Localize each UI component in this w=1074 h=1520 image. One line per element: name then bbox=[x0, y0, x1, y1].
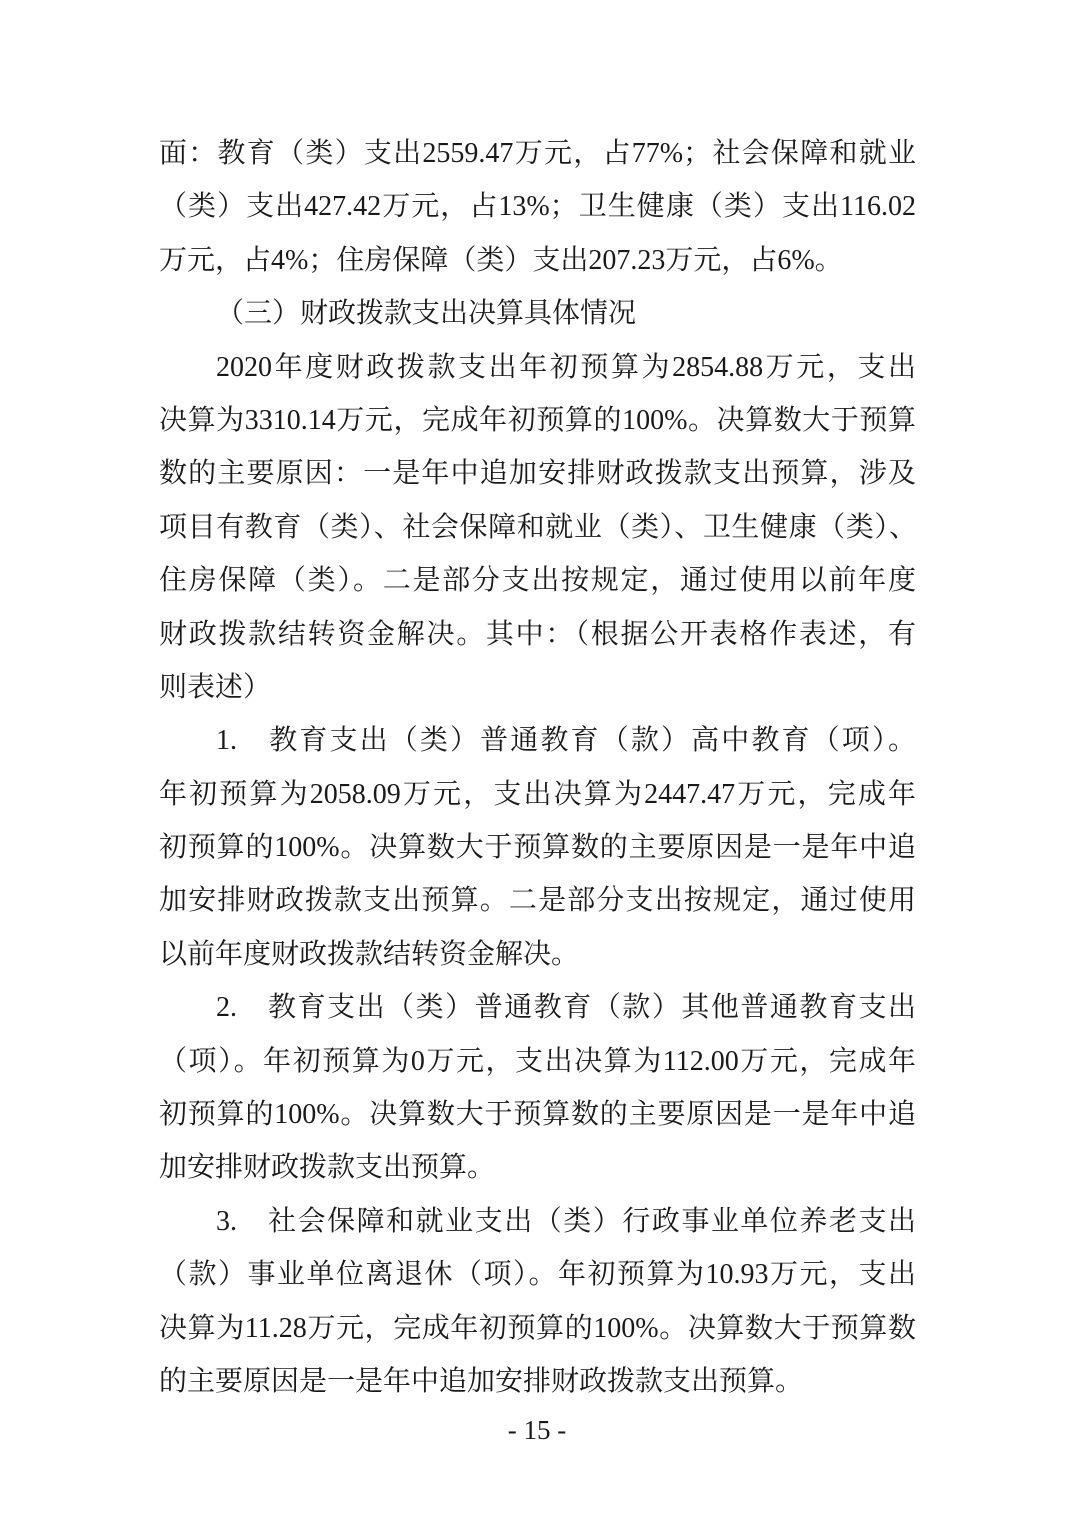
text-line: 2020年度财政拨款支出年初预算为2854.88万元，支出 bbox=[159, 341, 916, 394]
paragraph-item-3: 3. 社会保障和就业支出（类）行政事业单位养老支出 （款）事业单位离退休（项）。… bbox=[159, 1195, 916, 1409]
page-number: - 15 - bbox=[0, 1408, 1074, 1452]
document-body: 面：教育（类）支出2559.47万元，占77%；社会保障和就业 （类）支出427… bbox=[159, 127, 916, 1408]
text-line: 加安排财政拨款支出预算。二是部分支出按规定，通过使用 bbox=[159, 874, 916, 927]
text-line: 则表述） bbox=[159, 661, 916, 714]
text-line: 面：教育（类）支出2559.47万元，占77%；社会保障和就业 bbox=[159, 127, 916, 180]
text-line: 项目有教育（类）、社会保障和就业（类）、卫生健康（类）、 bbox=[159, 501, 916, 554]
paragraph-summary: 2020年度财政拨款支出年初预算为2854.88万元，支出 决算为3310.14… bbox=[159, 341, 916, 715]
text-line: 2. 教育支出（类）普通教育（款）其他普通教育支出 bbox=[159, 981, 916, 1034]
text-line: 数的主要原因：一是年中追加安排财政拨款支出预算，涉及 bbox=[159, 447, 916, 500]
text-line: 万元，占4%；住房保障（类）支出207.23万元，占6%。 bbox=[159, 234, 916, 287]
paragraph-item-2: 2. 教育支出（类）普通教育（款）其他普通教育支出 （项）。年初预算为0万元，支… bbox=[159, 981, 916, 1195]
text-line: 初预算的100%。决算数大于预算数的主要原因是一是年中追 bbox=[159, 1088, 916, 1141]
paragraph-item-1: 1. 教育支出（类）普通教育（款）高中教育（项）。 年初预算为2058.09万元… bbox=[159, 714, 916, 981]
text-line: （款）事业单位离退休（项）。年初预算为10.93万元，支出 bbox=[159, 1248, 916, 1301]
text-line: （项）。年初预算为0万元，支出决算为112.00万元，完成年 bbox=[159, 1035, 916, 1088]
text-line: 决算为3310.14万元，完成年初预算的100%。决算数大于预算 bbox=[159, 394, 916, 447]
text-line: 住房保障（类）。二是部分支出按规定，通过使用以前年度 bbox=[159, 554, 916, 607]
text-line: 财政拨款结转资金解决。其中：（根据公开表格作表述，有 bbox=[159, 608, 916, 661]
text-line: 初预算的100%。决算数大于预算数的主要原因是一是年中追 bbox=[159, 821, 916, 874]
text-line: 的主要原因是一是年中追加安排财政拨款支出预算。 bbox=[159, 1355, 916, 1408]
section-heading-text: （三）财政拨款支出决算具体情况 bbox=[159, 287, 916, 340]
section-heading: （三）财政拨款支出决算具体情况 bbox=[159, 287, 916, 340]
document-page: 面：教育（类）支出2559.47万元，占77%；社会保障和就业 （类）支出427… bbox=[0, 0, 1074, 1520]
text-line: 决算为11.28万元，完成年初预算的100%。决算数大于预算数 bbox=[159, 1302, 916, 1355]
text-line: 3. 社会保障和就业支出（类）行政事业单位养老支出 bbox=[159, 1195, 916, 1248]
text-line: （类）支出427.42万元，占13%；卫生健康（类）支出116.02 bbox=[159, 180, 916, 233]
text-line: 以前年度财政拨款结转资金解决。 bbox=[159, 928, 916, 981]
text-line: 加安排财政拨款支出预算。 bbox=[159, 1141, 916, 1194]
text-line: 1. 教育支出（类）普通教育（款）高中教育（项）。 bbox=[159, 714, 916, 767]
text-line: 年初预算为2058.09万元，支出决算为2447.47万元，完成年 bbox=[159, 768, 916, 821]
paragraph-continuation: 面：教育（类）支出2559.47万元，占77%；社会保障和就业 （类）支出427… bbox=[159, 127, 916, 287]
